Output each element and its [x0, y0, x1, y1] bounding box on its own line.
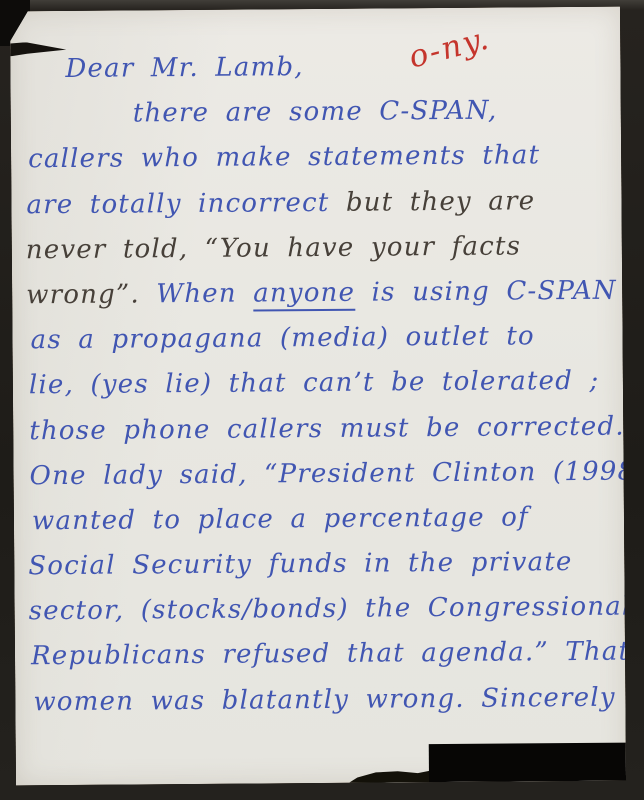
letter-line: One lady said, “President Clinton (1998) [27, 449, 617, 499]
letter-line: never told, “You have your facts [26, 223, 616, 273]
handwriting-segment: is using C-SPAN [355, 276, 617, 308]
letter-line: Republicans refused that agenda.” That [29, 630, 619, 680]
letter-line: lie, (yes lie) that can’t be tolerated ; [27, 359, 617, 409]
letter-line: women was blatantly wrong. Sincerely [29, 675, 619, 725]
handwriting-segment: but they are [346, 186, 536, 217]
letter-line: callers who make statements that [25, 133, 615, 183]
handwriting-segment: Republicans refused that agenda.” That [31, 637, 630, 672]
handwriting-segment: lie, (yes lie) that can’t be tolerated ; [29, 366, 600, 400]
redaction-box [429, 743, 627, 783]
handwriting-segment: there are some C-SPAN, [133, 96, 498, 129]
handwriting-segment: anyone [253, 278, 355, 312]
handwriting-segment: When [156, 278, 253, 309]
handwriting-segment: Social Security funds in the private [28, 547, 572, 581]
handwriting-segment: sector, (stocks/bonds) the Congressional [29, 592, 632, 627]
letter-line: wrong”. When anyone is using C-SPAN [26, 269, 616, 319]
letter-line: as a propagana (media) outlet to [26, 314, 616, 364]
handwriting-segment: women was blatantly wrong. Sincerely [33, 682, 616, 717]
scan-background: o-ny. Dear Mr. Lamb,there are some C-SPA… [0, 0, 644, 800]
letter-line: sector, (stocks/bonds) the Congressional [29, 585, 619, 635]
letter-line: those phone callers must be corrected. [27, 404, 617, 454]
letter-line: Social Security funds in the private [28, 540, 618, 590]
handwriting-segment: One lady said, “President Clinton (1998) [30, 456, 644, 491]
letter-body: Dear Mr. Lamb,there are some C-SPAN,call… [24, 43, 619, 725]
handwriting-segment: are totally incorrect [26, 187, 346, 220]
letter-line: Dear Mr. Lamb, [24, 43, 614, 93]
handwriting-segment: those phone callers must be corrected. [29, 411, 625, 446]
document-page: o-ny. Dear Mr. Lamb,there are some C-SPA… [10, 7, 626, 786]
letter-line: there are some C-SPAN, [25, 88, 615, 138]
letter-line: wanted to place a percentage of [28, 495, 618, 545]
handwriting-segment: Dear Mr. Lamb, [65, 52, 304, 84]
handwriting-segment: never told, “You have your facts [26, 231, 522, 265]
handwriting-segment: callers who make statements that [28, 141, 540, 175]
handwriting-segment: as a propagana (media) outlet to [30, 321, 534, 355]
paper-tear-bottom [349, 769, 433, 783]
letter-line: are totally incorrect but they are [25, 178, 615, 228]
handwriting-segment: wanted to place a percentage of [32, 502, 529, 536]
handwriting-segment: wrong”. [26, 279, 156, 310]
